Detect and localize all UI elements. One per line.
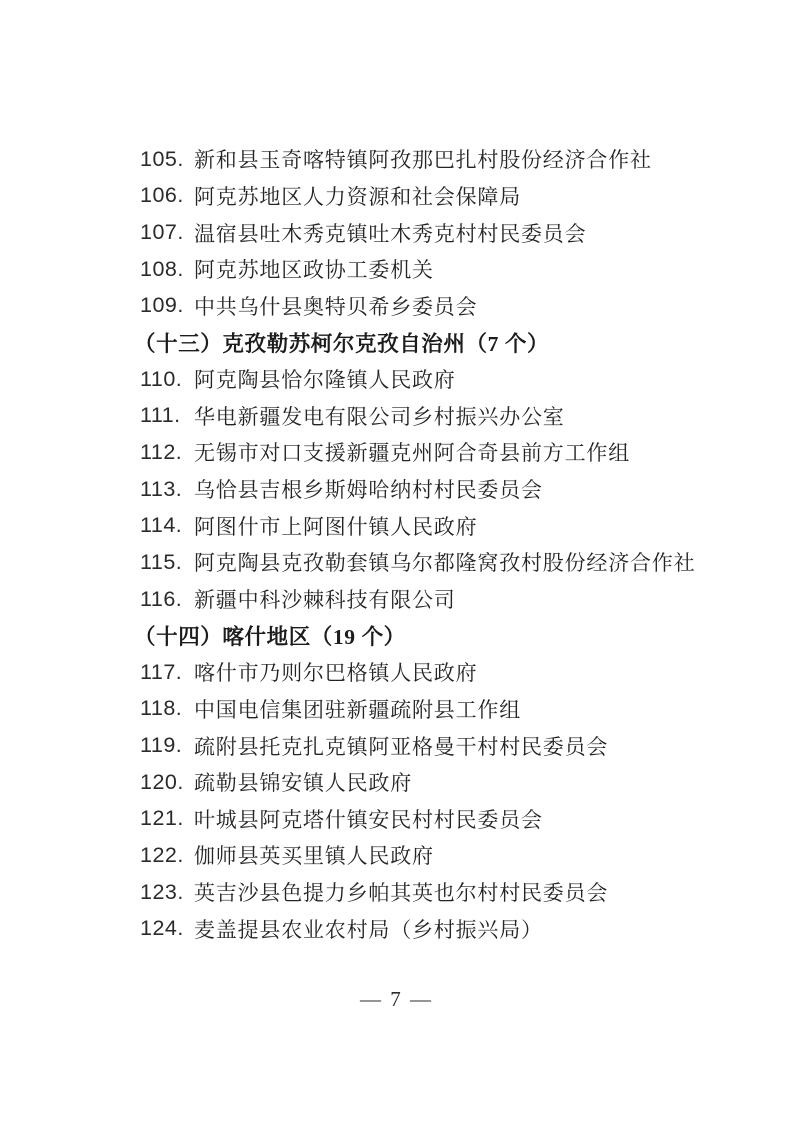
- list-item: 107.温宿县吐木秀克镇吐木秀克村村民委员会: [140, 214, 753, 251]
- list-item: 114.阿图什市上阿图什镇人民政府: [140, 507, 753, 544]
- list-item-text: 中国电信集团驻新疆疏附县工作组: [194, 694, 521, 724]
- list-item-number: 121.: [140, 806, 194, 831]
- list-item-number: 110.: [140, 367, 194, 392]
- list-item: 118.中国电信集团驻新疆疏附县工作组: [140, 691, 753, 728]
- list-item-text: 新和县玉奇喀特镇阿孜那巴扎村股份经济合作社: [194, 144, 652, 174]
- list-item-text: 伽师县英买里镇人民政府: [194, 840, 434, 870]
- list-item-number: 111.: [140, 403, 194, 428]
- list-item-number: 114.: [140, 513, 194, 538]
- list-item-number: 118.: [140, 696, 194, 721]
- list-item-number: 113.: [140, 477, 194, 502]
- list-item-number: 112.: [140, 440, 194, 465]
- list-item-text: 叶城县阿克塔什镇安民村村民委员会: [194, 804, 543, 834]
- list-item: 116.新疆中科沙棘科技有限公司: [140, 581, 753, 618]
- list-item-number: 122.: [140, 843, 194, 868]
- list-item-number: 116.: [140, 587, 194, 612]
- list-item-text: 乌恰县吉根乡斯姆哈纳村村民委员会: [194, 474, 543, 504]
- list-item: 113.乌恰县吉根乡斯姆哈纳村村民委员会: [140, 471, 753, 508]
- document-body: 105.新和县玉奇喀特镇阿孜那巴扎村股份经济合作社106.阿克苏地区人力资源和社…: [140, 141, 753, 947]
- list-item: 119.疏附县托克扎克镇阿亚格曼干村村民委员会: [140, 727, 753, 764]
- list-item: 105.新和县玉奇喀特镇阿孜那巴扎村股份经济合作社: [140, 141, 753, 178]
- page-number: — 7 —: [0, 987, 793, 1012]
- list-item-number: 107.: [140, 220, 194, 245]
- list-item: 117.喀什市乃则尔巴格镇人民政府: [140, 654, 753, 691]
- list-item-number: 120.: [140, 770, 194, 795]
- list-item: 109.中共乌什县奥特贝希乡委员会: [140, 288, 753, 325]
- list-item-text: 新疆中科沙棘科技有限公司: [194, 584, 456, 614]
- list-item: 108.阿克苏地区政协工委机关: [140, 251, 753, 288]
- section-header: （十四）喀什地区（19 个）: [134, 617, 753, 654]
- list-item: 112.无锡市对口支援新疆克州阿合奇县前方工作组: [140, 434, 753, 471]
- list-item-text: 英吉沙县色提力乡帕其英也尔村村民委员会: [194, 877, 608, 907]
- section-header: （十三）克孜勒苏柯尔克孜自治州（7 个）: [134, 324, 753, 361]
- list-item-text: 温宿县吐木秀克镇吐木秀克村村民委员会: [194, 218, 586, 248]
- list-item-number: 106.: [140, 183, 194, 208]
- list-item-text: 疏勒县锦安镇人民政府: [194, 767, 412, 797]
- list-item-number: 115.: [140, 550, 194, 575]
- list-item: 124.麦盖提县农业农村局（乡村振兴局）: [140, 910, 753, 947]
- list-item-text: 无锡市对口支援新疆克州阿合奇县前方工作组: [194, 437, 630, 467]
- list-item-text: 麦盖提县农业农村局（乡村振兴局）: [194, 914, 543, 944]
- list-item-text: 中共乌什县奥特贝希乡委员会: [194, 291, 477, 321]
- list-item-number: 105.: [140, 147, 194, 172]
- list-item-text: 华电新疆发电有限公司乡村振兴办公室: [194, 401, 565, 431]
- list-item: 121.叶城县阿克塔什镇安民村村民委员会: [140, 801, 753, 838]
- list-item-text: 阿克陶县克孜勒套镇乌尔都隆窝孜村股份经济合作社: [194, 547, 695, 577]
- list-item-text: 疏附县托克扎克镇阿亚格曼干村村民委员会: [194, 731, 608, 761]
- list-item: 123.英吉沙县色提力乡帕其英也尔村村民委员会: [140, 874, 753, 911]
- list-item-text: 喀什市乃则尔巴格镇人民政府: [194, 657, 477, 687]
- list-item: 106.阿克苏地区人力资源和社会保障局: [140, 178, 753, 215]
- list-item-text: 阿克苏地区人力资源和社会保障局: [194, 181, 521, 211]
- list-item-number: 124.: [140, 916, 194, 941]
- list-item-number: 117.: [140, 660, 194, 685]
- list-item-number: 123.: [140, 880, 194, 905]
- document-page: 105.新和县玉奇喀特镇阿孜那巴扎村股份经济合作社106.阿克苏地区人力资源和社…: [0, 0, 793, 1121]
- list-item-number: 108.: [140, 257, 194, 282]
- list-item: 111.华电新疆发电有限公司乡村振兴办公室: [140, 397, 753, 434]
- list-item: 122.伽师县英买里镇人民政府: [140, 837, 753, 874]
- list-item-text: 阿图什市上阿图什镇人民政府: [194, 511, 477, 541]
- list-item-text: 阿克苏地区政协工委机关: [194, 254, 434, 284]
- list-item: 115.阿克陶县克孜勒套镇乌尔都隆窝孜村股份经济合作社: [140, 544, 753, 581]
- list-item-number: 119.: [140, 733, 194, 758]
- list-item-number: 109.: [140, 293, 194, 318]
- list-item-text: 阿克陶县恰尔隆镇人民政府: [194, 364, 456, 394]
- list-item: 120.疏勒县锦安镇人民政府: [140, 764, 753, 801]
- list-item: 110.阿克陶县恰尔隆镇人民政府: [140, 361, 753, 398]
